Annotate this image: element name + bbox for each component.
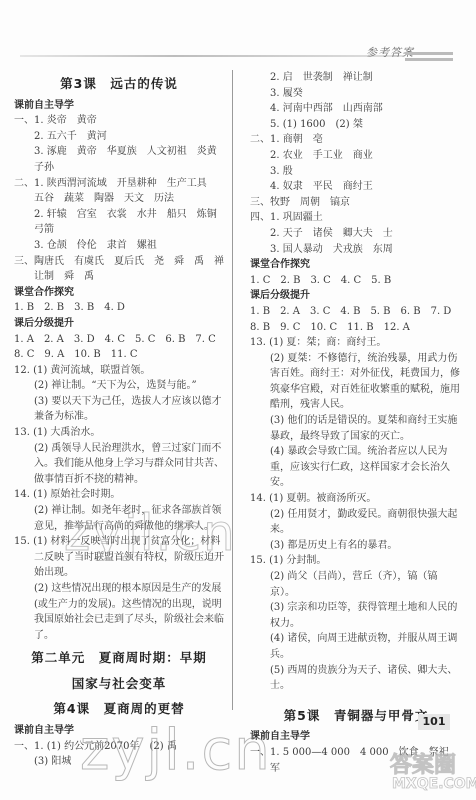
section-heading: 课前自主导学 xyxy=(250,729,462,745)
answer-line: 二、1. 商朝 亳 xyxy=(250,132,462,148)
section-heading: 课后分级提升 xyxy=(14,316,224,332)
answer-line: (2) 禅让制。“天下为公，选贤与能。” xyxy=(14,378,224,394)
answer-line: 2. 启 世袭制 禅让制 xyxy=(250,70,462,86)
watermark-domain: MXQE.COM xyxy=(392,776,476,792)
answer-line: 三、牧野 周朝 镐京 xyxy=(250,195,462,211)
answer-line: 12. (1) 黄河流域，联盟首领。 xyxy=(14,363,224,379)
answer-line: (5) 西周的贵族分为天子、诸侯、卿大夫、士。 xyxy=(250,663,462,694)
answer-line: 14. (1) 原始社会时期。 xyxy=(14,487,224,503)
answer-line: 3. 履癸 xyxy=(250,86,462,102)
answer-line: (2) 任用贤才，勤政爱民。商朝很快强大起来。 xyxy=(250,507,462,538)
right-column: 2. 启 世袭制 禅让制 3. 履癸 4. 河南中西部 山西南部 5. (1) … xyxy=(250,70,462,776)
lesson-4-title: 第4课 夏商周的更替 xyxy=(14,701,224,717)
answer-line: 15. (1) 分封制。 xyxy=(250,553,462,569)
answer-line: (4) 暴政会导致亡国。统治者应以人民为重，应该实行仁政，这样国家才会长治久安。 xyxy=(250,444,462,491)
answer-line: 1. A 2. A 3. D 4. C 5. C 6. B 7. C xyxy=(14,332,224,348)
header-rule xyxy=(20,55,405,57)
answer-line: (3) 阳城 xyxy=(14,754,224,770)
answer-line: (2) 禹领导人民治理洪水，曾三过家门而不入。我们能从他身上学习与群众同甘共苦、… xyxy=(14,441,224,488)
spacer xyxy=(250,694,462,702)
answer-key-page: 参考答案 第3课 远古的传说 课前自主导学 一、1. 炎帝 黄帝 2. 五六千 … xyxy=(0,0,476,800)
unit-2-subtitle: 国家与社会变革 xyxy=(14,673,224,695)
answer-line: 14. (1) 夏朝。被商汤所灭。 xyxy=(250,491,462,507)
answer-line: (2) 尚父（吕尚），营丘（齐），镐（镐京）。 xyxy=(250,569,462,600)
answer-line: 1. B 2. B 3. B 4. D xyxy=(14,300,224,316)
section-heading: 课堂合作探究 xyxy=(250,257,462,273)
page-number: 101 xyxy=(418,714,450,730)
answer-line: 1. B 2. A 3. C 4. B 5. B 6. B 7. D xyxy=(250,304,462,320)
answer-line: 13. (1) 大禹治水。 xyxy=(14,425,224,441)
answer-line: 13. (1) 夏：桀；商：商纣王。 xyxy=(250,335,462,351)
answer-line: 1. C 2. B 3. C 4. C 5. B xyxy=(250,273,462,289)
answer-line: 一、1. 炎帝 黄帝 xyxy=(14,113,224,129)
answer-line: (3) 他们的话是错误的。夏桀和商纣王实施暴政，最终导致了国家的灭亡。 xyxy=(250,413,462,444)
answer-line: 一、1. 5 000—4 000 4 000 饮食 祭祀 军 xyxy=(250,745,462,776)
answer-line: 3. 殷 xyxy=(250,164,462,180)
answer-line: (3) 宗亲和功臣等，获得管理土地和人民的权力。 xyxy=(250,600,462,631)
answer-line: 2. 五六千 黄河 xyxy=(14,129,224,145)
section-heading: 课后分级提升 xyxy=(250,288,462,304)
answer-line: (4) 诸侯，向周王进献贡物，并服从周王调兵。 xyxy=(250,631,462,662)
answer-line: 4. 奴隶 平民 商纣王 xyxy=(250,179,462,195)
answer-line: 3. 国人暴动 犬戎族 东周 xyxy=(250,242,462,258)
answer-line: (2) 夏桀：不修德行，统治残暴，用武力伤害百姓。商纣王：对外征伐，耗费国力，修… xyxy=(250,351,462,413)
answer-line: 一、1. (1) 约公元前2070年 (2) 禹 xyxy=(14,739,224,755)
answer-line: (3) 要以天下为己任，选拔人才应该以德才兼备为标准。 xyxy=(14,394,224,425)
answer-line: 5. (1) 1600 (2) 桀 xyxy=(250,117,462,133)
answer-line: (2) 这些情况出现的根本原因是生产的发展(或生产力的发展)。这些情况的出现，说… xyxy=(14,581,224,643)
left-column: 第3课 远古的传说 课前自主导学 一、1. 炎帝 黄帝 2. 五六千 黄河 3.… xyxy=(14,70,224,770)
answer-line: 8. C 9. A 10. B 11. C xyxy=(14,347,224,363)
header-decoration xyxy=(405,52,453,64)
answer-line: 三、陶唐氏 有虞氏 夏后氏 尧 舜 禹 禅让制 舜 禹 xyxy=(14,254,224,285)
answer-line: 15. (1) 材料一反映当时出现了贫富分化；材料二反映了当时联盟首领有特权，阶… xyxy=(14,534,224,581)
answer-line: 2. 轩辕 宫室 衣裳 水井 船只 炼铜 弓箭 xyxy=(14,207,224,238)
answer-line: 2. 农业 手工业 商业 xyxy=(250,148,462,164)
lesson-3-title: 第3课 远古的传说 xyxy=(14,76,224,92)
answer-line: 3. 涿鹿 黄帝 华夏族 人文初祖 炎黄子孙 xyxy=(14,144,224,175)
section-heading: 课前自主导学 xyxy=(14,723,224,739)
answer-line: 3. 仓颉 伶伦 隶首 嫘祖 xyxy=(14,238,224,254)
section-heading: 课前自主导学 xyxy=(14,98,224,114)
column-divider xyxy=(232,70,233,710)
answer-line: 二、1. 陕西渭河流域 开垦耕种 生产工具 五谷 蔬菜 陶器 天文 历法 xyxy=(14,176,224,207)
answer-line: 8. B 9. C 10. C 11. B 12. A xyxy=(250,320,462,336)
answer-line: 4. 河南中西部 山西南部 xyxy=(250,101,462,117)
answer-line: 2. 天子 诸侯 卿大夫 士 xyxy=(250,226,462,242)
answer-line: 四、1. 巩固疆土 xyxy=(250,210,462,226)
unit-2-title: 第二单元 夏商周时期：早期 xyxy=(14,647,224,669)
answer-line: (3) 都是历史上有名的暴君。 xyxy=(250,538,462,554)
answer-line: (2) 禅让制。如尧年老时，征求各部族首领意见，推举品行高尚的舜做他的继承人。 xyxy=(14,503,224,534)
section-heading: 课堂合作探究 xyxy=(14,285,224,301)
